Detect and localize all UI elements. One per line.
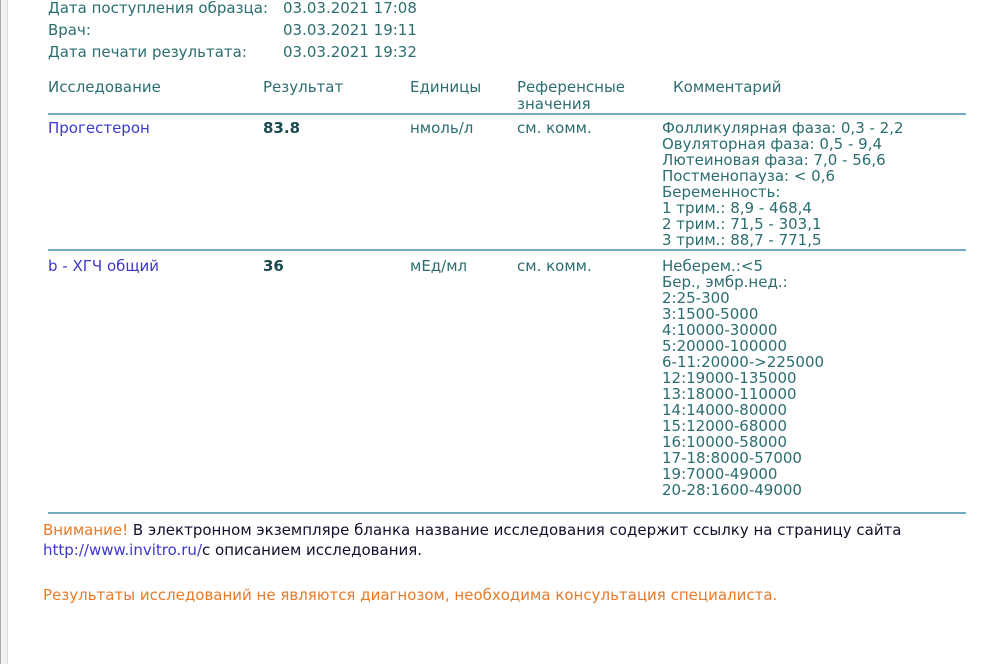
comment-line: Бер., эмбр.нед.: (662, 274, 966, 290)
attention-label: Внимание! (43, 521, 128, 539)
lab-report-page: Дата поступления образца:03.03.2021 17:0… (48, 0, 966, 604)
table-header-row: Исследование Результат Единицы Референсн… (48, 79, 966, 115)
units-value: нмоль/л (410, 120, 517, 248)
comment-line: Постменопауза: < 0,6 (662, 168, 966, 184)
column-header-study: Исследование (48, 79, 263, 113)
units-value: мЕд/мл (410, 258, 517, 498)
info-value: 03.03.2021 19:11 (283, 19, 417, 41)
disclaimer-text: Результаты исследований не являются диаг… (43, 586, 966, 604)
reference-value: см. комм. (517, 120, 662, 248)
results-table-body: Прогестерон83.8нмоль/лсм. комм.Фолликуля… (48, 115, 966, 514)
info-row: Врач:03.03.2021 19:11 (48, 19, 966, 41)
info-label: Дата печати результата: (48, 41, 283, 63)
comment-line: 2 трим.: 71,5 - 303,1 (662, 216, 966, 232)
comment-line: 1 трим.: 8,9 - 468,4 (662, 200, 966, 216)
attention-text: В электронном экземпляре бланка название… (128, 521, 901, 539)
comment-line: 17-18:8000-57000 (662, 450, 966, 466)
info-row: Дата поступления образца:03.03.2021 17:0… (48, 0, 966, 19)
comment-line: 3:1500-5000 (662, 306, 966, 322)
comment-line: Неберем.:<5 (662, 258, 966, 274)
reference-value: см. комм. (517, 258, 662, 498)
table-row: Прогестерон83.8нмоль/лсм. комм.Фолликуля… (48, 115, 966, 251)
comment-line: 6-11:20000->225000 (662, 354, 966, 370)
comment-line: Беременность: (662, 184, 966, 200)
comment-line: 4:10000-30000 (662, 322, 966, 338)
comment-line: 14:14000-80000 (662, 402, 966, 418)
table-row: b - ХГЧ общий36мЕд/млсм. комм.Неберем.:<… (48, 251, 966, 514)
comment-line: 2:25-300 (662, 290, 966, 306)
info-row: Дата печати результата:03.03.2021 19:32 (48, 41, 966, 63)
link-suffix-text: с описанием исследования. (202, 541, 422, 559)
info-value: 03.03.2021 19:32 (283, 41, 417, 63)
attention-notice: Внимание! В электронном экземпляре бланк… (43, 520, 966, 560)
comment-cell: Неберем.:<5Бер., эмбр.нед.:2:25-3003:150… (662, 258, 966, 498)
column-header-units: Единицы (410, 79, 517, 113)
comment-line: 5:20000-100000 (662, 338, 966, 354)
report-info-section: Дата поступления образца:03.03.2021 17:0… (48, 0, 966, 63)
comment-line: 16:10000-58000 (662, 434, 966, 450)
comment-line: 3 трим.: 88,7 - 771,5 (662, 232, 966, 248)
test-name-link[interactable]: Прогестерон (48, 120, 263, 248)
comment-line: 20-28:1600-49000 (662, 482, 966, 498)
invitro-link[interactable]: http://www.invitro.ru/ (43, 541, 202, 559)
test-name-link[interactable]: b - ХГЧ общий (48, 258, 263, 498)
info-label: Врач: (48, 19, 283, 41)
page-edge-strip (0, 0, 8, 664)
comment-line: 15:12000-68000 (662, 418, 966, 434)
result-value: 36 (263, 258, 410, 498)
info-value: 03.03.2021 17:08 (283, 0, 417, 19)
comment-line: Фолликулярная фаза: 0,3 - 2,2 (662, 120, 966, 136)
comment-cell: Фолликулярная фаза: 0,3 - 2,2Овуляторная… (662, 120, 966, 248)
column-header-result: Результат (263, 79, 410, 113)
comment-line: Овуляторная фаза: 0,5 - 9,4 (662, 136, 966, 152)
info-label: Дата поступления образца: (48, 0, 283, 19)
comment-line: 13:18000-110000 (662, 386, 966, 402)
comment-line: Лютеиновая фаза: 7,0 - 56,6 (662, 152, 966, 168)
column-header-comment: Комментарий (662, 79, 966, 113)
comment-line: 12:19000-135000 (662, 370, 966, 386)
column-header-reference: Референсные значения (517, 79, 662, 113)
comment-line: 19:7000-49000 (662, 466, 966, 482)
result-value: 83.8 (263, 120, 410, 248)
